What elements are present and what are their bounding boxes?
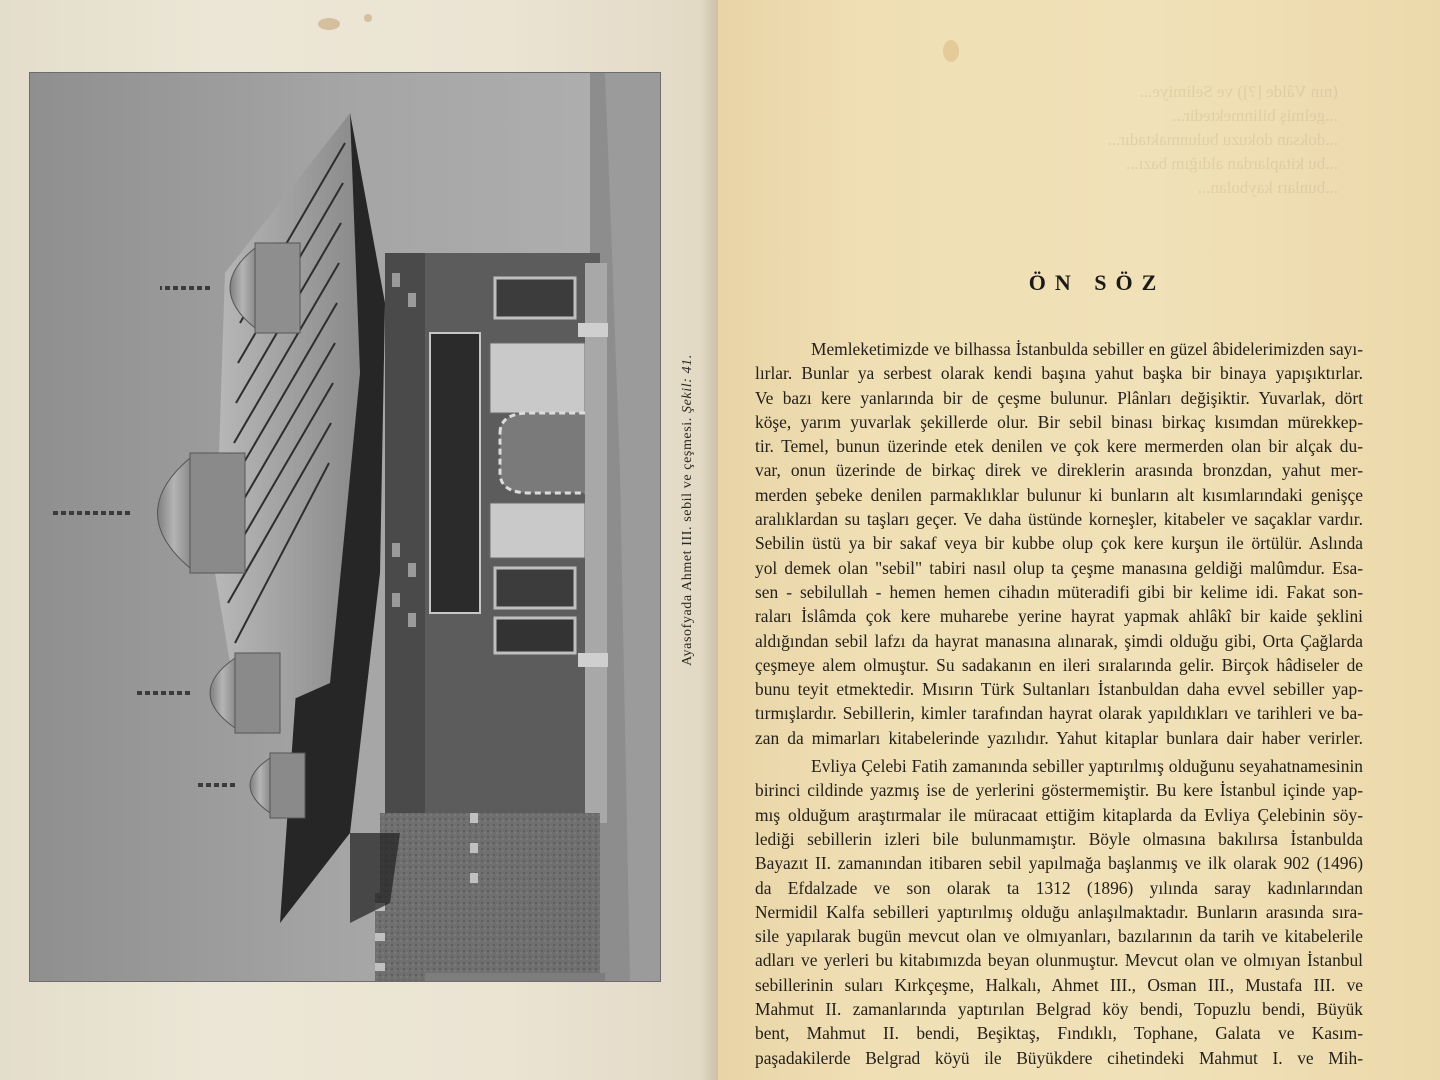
foxing-stain xyxy=(318,18,340,30)
text-line: Sebilin üstü ya bir sakaf veya bir kubbe… xyxy=(755,531,1363,555)
text-line: lırlar. Bunlar ya serbest olarak kendi b… xyxy=(755,361,1363,385)
text-line: aldığından sebil lafzı da hayrat manasın… xyxy=(755,629,1363,653)
text-line: adları ve yerleri bu kitabımızda beyan o… xyxy=(755,948,1363,972)
text-line: var, onun üzerinde de birkaç direk ve di… xyxy=(755,458,1363,482)
text-line: paşadakilerde Belgrad köyü ile Büyükdere… xyxy=(755,1046,1363,1070)
text-line: sen - sebilullah - hemen hemen cihadın m… xyxy=(755,580,1363,604)
caption-text: Ayasofyada Ahmet III. sebil ve çeşmesi. xyxy=(680,417,695,666)
text-line: lediği sebillerin izleri bile bulunmamış… xyxy=(755,827,1363,851)
figure-label: Şekil: 41. xyxy=(680,354,695,413)
text-line: bent, Mahmut II. bendi, Beşiktaş, Fındık… xyxy=(755,1021,1363,1045)
text-line: birinci cildinde yazmış ise de yerlerini… xyxy=(755,778,1363,802)
text-line: mış olduğum araştırmalar ile müracaat et… xyxy=(755,803,1363,827)
text-line: köşe, yarım yuvarlak şekillerde olur. Bi… xyxy=(755,410,1363,434)
text-line: zan da mimarları kitabelerinde yazılıdır… xyxy=(755,726,1363,750)
text-line: Memleketimizde ve bilhassa İstanbulda se… xyxy=(755,337,1363,361)
text-line: tırmışlardır. Sebillerin, kimler tarafın… xyxy=(755,701,1363,725)
text-line: aralıklardan su taşları geçer. Ve daha ü… xyxy=(755,507,1363,531)
left-page: Ayasofyada Ahmet III. sebil ve çeşmesi. … xyxy=(0,0,718,1080)
sebil-illustration xyxy=(30,73,660,981)
foxing-stain xyxy=(943,40,959,62)
text-line: sebillerinin suları Kırkçeşme, Halkalı, … xyxy=(755,973,1363,997)
sebil-photograph xyxy=(30,73,660,981)
text-line: Ve bazı kere yanlarında bir de çeşme bul… xyxy=(755,386,1363,410)
text-line: bunu teyit etmektedir. Mısırın Türk Sult… xyxy=(755,677,1363,701)
figure-caption: Ayasofyada Ahmet III. sebil ve çeşmesi. … xyxy=(680,354,696,666)
show-through-text: (nın Vâlde [?]) ve Selimiye... ...gelmiş… xyxy=(778,80,1338,280)
text-line: çeşmeye alem olmuştur. Su sadakanın en i… xyxy=(755,653,1363,677)
text-line: Bayazıt II. zamanından itibaren sebil ya… xyxy=(755,851,1363,875)
text-line: yol demek olan "sebil" tabiri nasıl olup… xyxy=(755,556,1363,580)
text-line: raları İslâmda çok kere muharebe yerine … xyxy=(755,604,1363,628)
foxing-stain xyxy=(364,14,372,22)
paragraph-2: Evliya Çelebi Fatih zamanında sebiller y… xyxy=(755,754,1363,1070)
text-line: tir. Temel, bunun üzerinde etek denilen … xyxy=(755,434,1363,458)
text-line: Evliya Çelebi Fatih zamanında sebiller y… xyxy=(755,754,1363,778)
right-page: (nın Vâlde [?]) ve Selimiye... ...gelmiş… xyxy=(718,0,1440,1080)
text-line: Mahmut II. zamanlarında yaptırılan Belgr… xyxy=(755,997,1363,1021)
text-line: merden şebeke denilen parmaklıklar bulun… xyxy=(755,483,1363,507)
text-line: da Efdalzade ve son olarak ta 1312 (1896… xyxy=(755,876,1363,900)
text-line: Nermidil Kalfa sebilleri yaptırılmış old… xyxy=(755,900,1363,924)
preface-body: Memleketimizde ve bilhassa İstanbulda se… xyxy=(755,337,1363,1070)
paragraph-1: Memleketimizde ve bilhassa İstanbulda se… xyxy=(755,337,1363,750)
page-title: ÖN SÖZ xyxy=(718,270,1440,296)
text-line: sile yapılarak bugün mevcut olan ve olmı… xyxy=(755,924,1363,948)
